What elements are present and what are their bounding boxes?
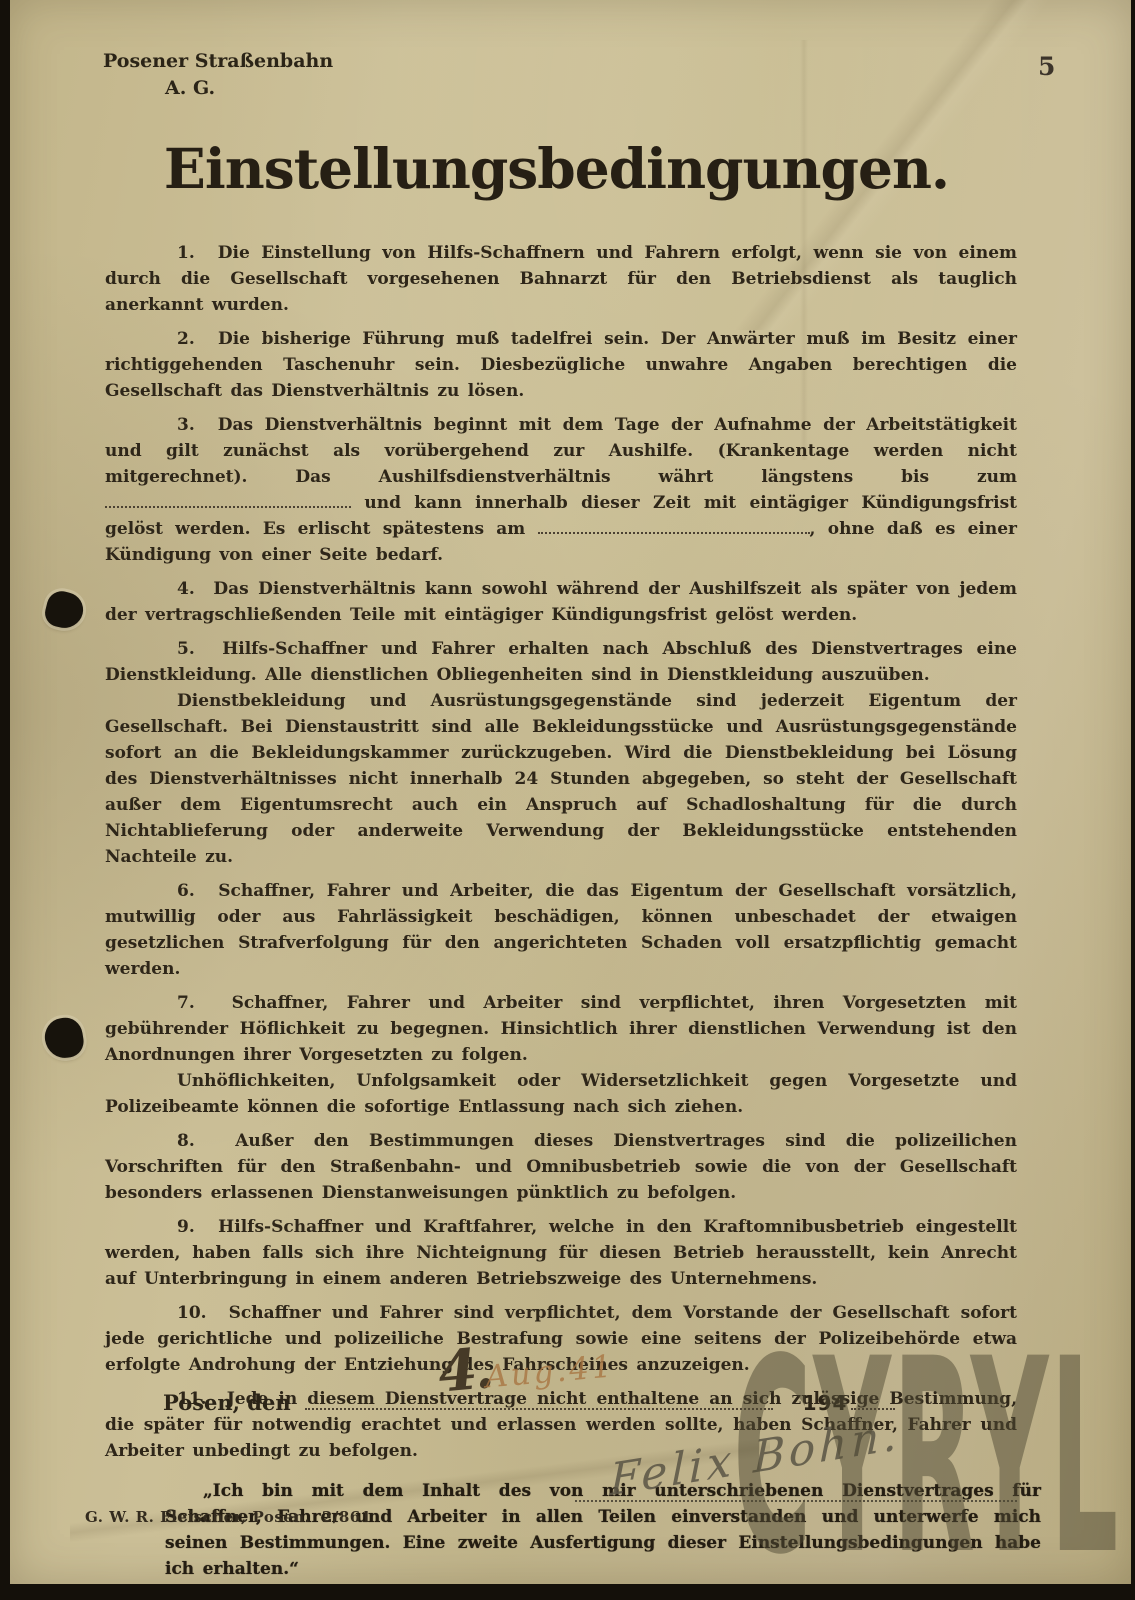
date-line-prefix: Posen, den [163,1390,291,1415]
paragraph-1: 1. Die Einstellung von Hilfs-Schaffnern … [105,240,1017,318]
paragraph-7: 7. Schaffner, Fahrer und Arbeiter sind v… [105,990,1017,1068]
paragraph-5: 5. Hilfs-Schaffner und Fahrer erhalten n… [105,636,1017,688]
letterhead-line1: Posener Straßenbahn [103,48,333,75]
punch-hole-bottom [42,1015,86,1060]
paragraph-7-continuation: Unhöflichkeiten, Unfolgsamkeit oder Wide… [105,1068,1017,1120]
paragraph-9: 9. Hilfs-Schaffner und Kraftfahrer, welc… [105,1214,1017,1292]
paragraph-5-continuation: Dienstbekleidung und Ausrüstungsgegenstä… [105,688,1017,870]
letterhead: Posener Straßenbahn A. G. [103,48,333,102]
paragraph-4: 4. Das Dienstverhältnis kann sowohl währ… [105,576,1017,628]
letterhead-line2: A. G. [165,75,333,102]
cyryl-watermark: CYRYL [733,1358,1120,1558]
paper-sheet: Posener Straßenbahn A. G. 5 Einstellungs… [10,0,1131,1584]
page-number: 5 [1038,52,1055,81]
paragraph-3: 3. Das Dienstverhältnis beginnt mit dem … [105,412,1017,568]
scanned-document-page: Posener Straßenbahn A. G. 5 Einstellungs… [0,0,1135,1600]
paragraph-6: 6. Schaffner, Fahrer und Arbeiter, die d… [105,878,1017,982]
paragraph-8: 8. Außer den Bestimmungen dieses Dienstv… [105,1128,1017,1206]
document-title: Einstellungsbedingungen. [10,136,1131,201]
fill-in-blank-date-2 [538,518,810,534]
printer-imprint: G. W. R. Fleischer, Posen. 2/861 [85,1508,372,1526]
handwritten-month-year: Aug.41 [484,1348,616,1395]
paragraph-3-text-a: 3. Das Dienstverhältnis beginnt mit dem … [105,415,1017,487]
fill-in-blank-date-1 [105,492,351,508]
punch-hole-top [42,588,87,632]
paragraph-2: 2. Die bisherige Führung muß tadelfrei s… [105,326,1017,404]
